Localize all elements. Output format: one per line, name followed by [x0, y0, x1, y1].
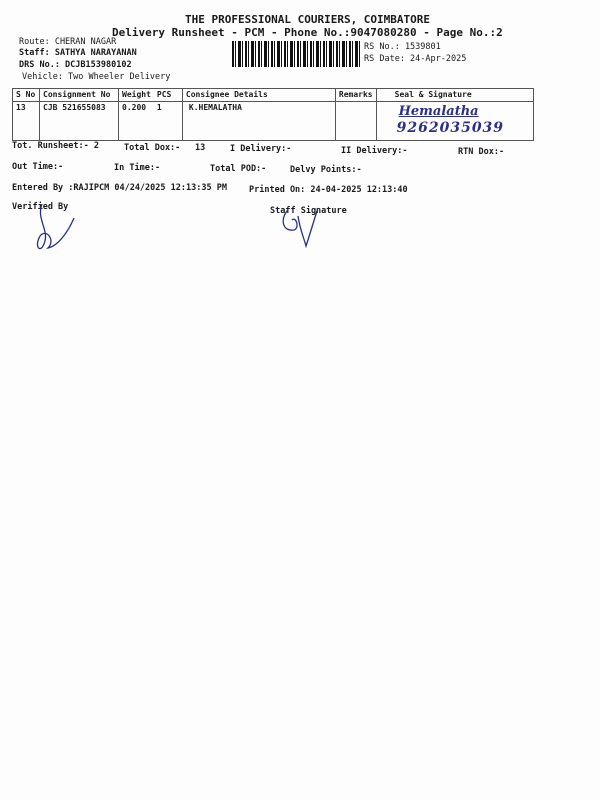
cell-weight: 0.200 — [119, 102, 154, 141]
col-s-no: S No — [13, 89, 40, 102]
table-row: 13 CJB 521655083 0.200 1 K.HEMALATHA Hem… — [13, 102, 534, 141]
cell-remarks — [335, 102, 376, 141]
drs-number: DRS No.: DCJB153980102 — [19, 60, 132, 70]
consignee-handwritten-name: Hemalatha — [399, 104, 479, 119]
tot-runsheet: Tot. Runsheet:- 2 — [12, 141, 99, 151]
col-seal-signature: Seal & Signature — [376, 89, 533, 102]
total-dox-value: 13 — [195, 143, 205, 153]
route-label: Route: CHERAN NAGAR — [19, 37, 116, 47]
col-consignment-no: Consignment No — [40, 89, 119, 102]
rtn-dox: RTN Dox:- — [458, 147, 504, 157]
cell-signature: Hemalatha 9262035039 — [376, 102, 533, 141]
entered-by: Entered By :RAJIPCM 04/24/2025 12:13:35 … — [12, 183, 227, 193]
printed-on: Printed On: 24-04-2025 12:13:40 — [249, 185, 408, 195]
col-weight: Weight — [119, 89, 154, 102]
col-remarks: Remarks — [335, 89, 376, 102]
staff-signature-icon — [278, 204, 328, 254]
ii-delivery: II Delivery:- — [341, 146, 408, 156]
in-time: In Time:- — [114, 163, 160, 173]
runsheet-table: S No Consignment No Weight PCS Consignee… — [12, 88, 534, 141]
verifier-signature-icon — [28, 200, 78, 260]
consignee-handwritten-phone: 9262035039 — [397, 120, 504, 136]
barcode-icon — [232, 41, 360, 67]
rs-date: RS Date: 24-Apr-2025 — [364, 54, 466, 64]
col-consignee-details: Consignee Details — [182, 89, 335, 102]
i-delivery: I Delivery:- — [230, 144, 291, 154]
staff-label: Staff: SATHYA NARAYANAN — [19, 48, 137, 58]
runsheet-subtitle: Delivery Runsheet - PCM - Phone No.:9047… — [112, 26, 503, 39]
company-title: THE PROFESSIONAL COURIERS, COIMBATORE — [185, 13, 430, 26]
cell-consignment-no: CJB 521655083 — [40, 102, 119, 141]
cell-consignee: K.HEMALATHA — [182, 102, 335, 141]
cell-s-no: 13 — [13, 102, 40, 141]
total-dox-label: Total Dox:- — [124, 143, 180, 153]
out-time: Out Time:- — [12, 162, 63, 172]
col-pcs: PCS — [154, 89, 183, 102]
vehicle-label: Vehicle: Two Wheeler Delivery — [22, 72, 170, 82]
total-pod: Total POD:- — [210, 164, 266, 174]
table-header-row: S No Consignment No Weight PCS Consignee… — [13, 89, 534, 102]
rs-number: RS No.: 1539801 — [364, 42, 441, 52]
delvy-points: Delvy Points:- — [290, 165, 362, 175]
cell-pcs: 1 — [154, 102, 183, 141]
